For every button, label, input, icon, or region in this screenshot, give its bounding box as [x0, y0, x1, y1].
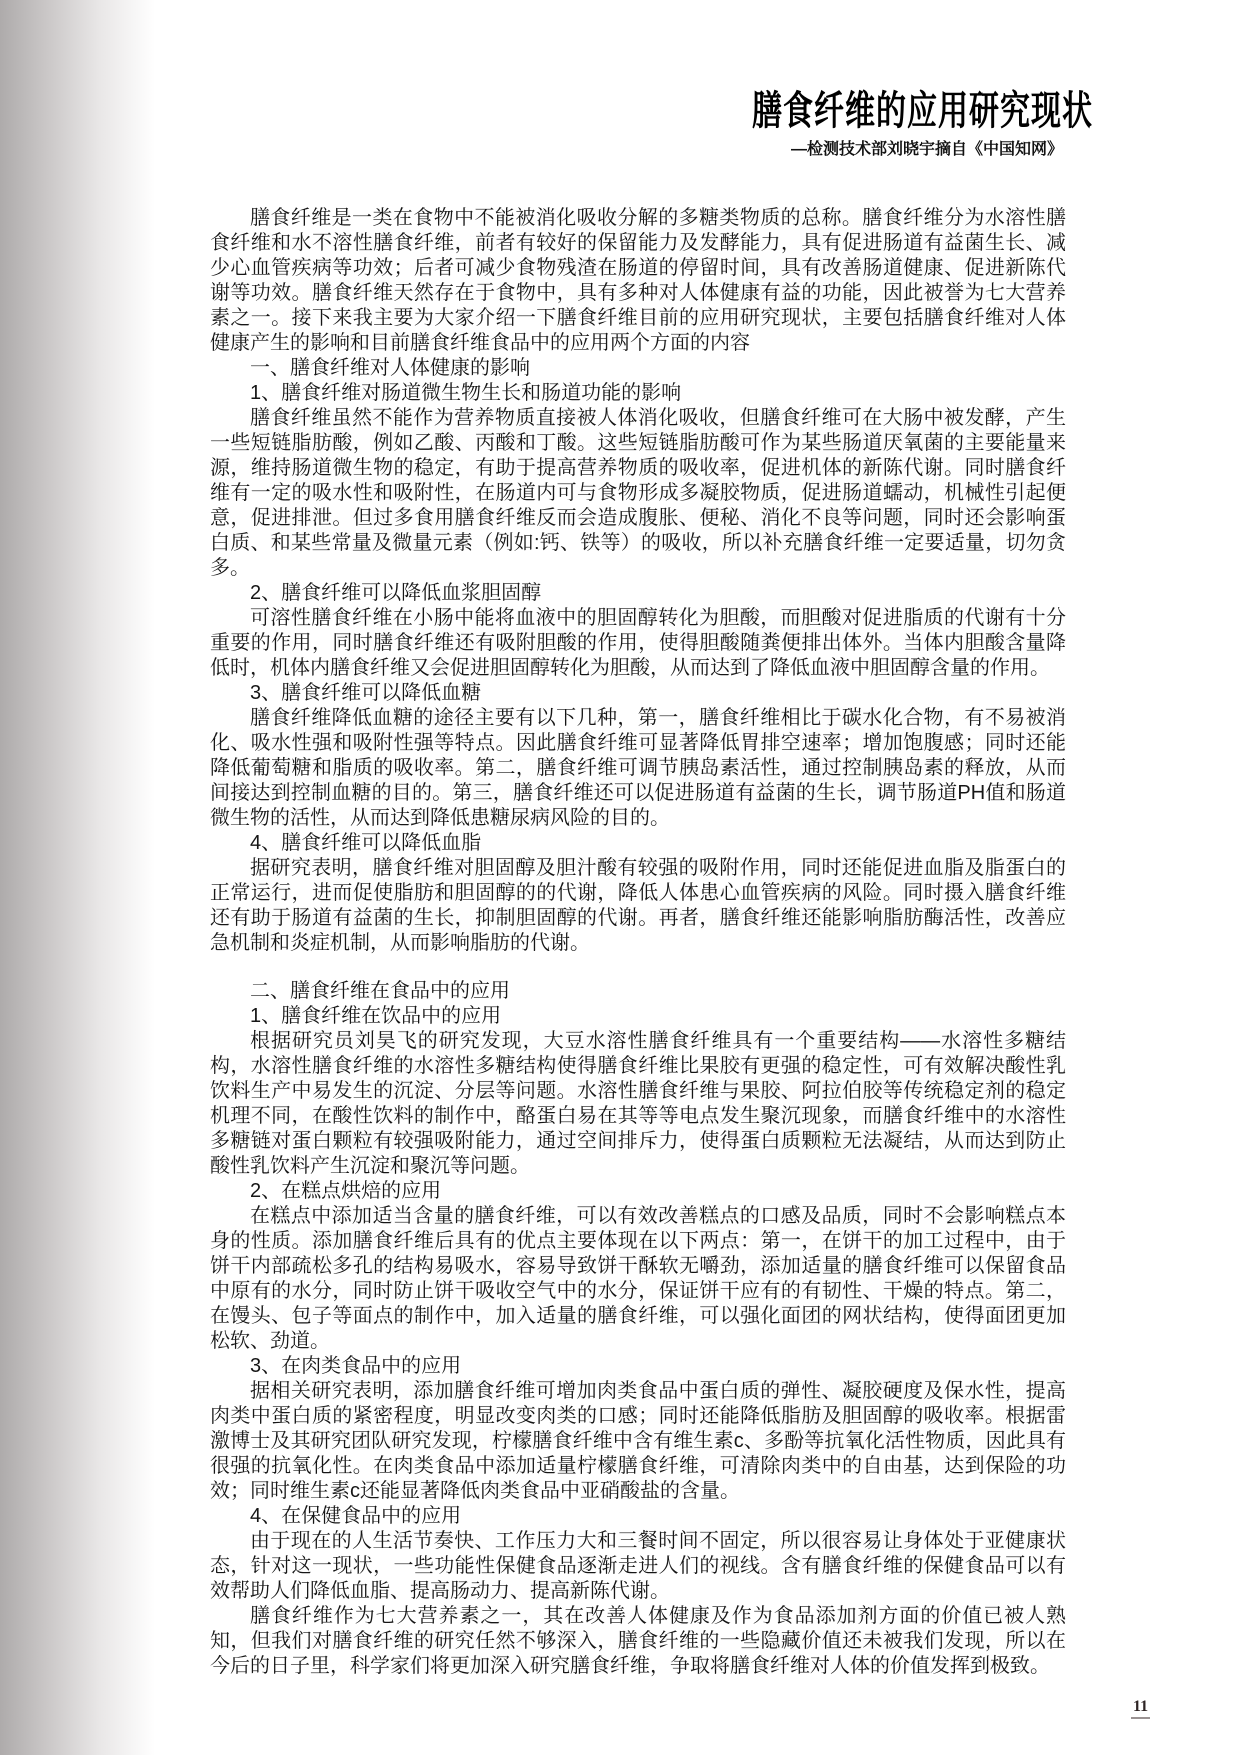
section-heading: 2、膳食纤维可以降低血浆胆固醇 [210, 581, 1066, 606]
page-number: 11 [1131, 1698, 1150, 1719]
section-heading: 1、膳食纤维对肠道微生物生长和肠道功能的影响 [210, 381, 1066, 406]
byline: —检测技术部刘晓宇摘自《中国知网》 [791, 136, 1063, 159]
section-heading: 2、在糕点烘焙的应用 [210, 1179, 1066, 1204]
paragraph: 膳食纤维作为七大营养素之一，其在改善人体健康及作为食品添加剂方面的价值已被人熟知… [210, 1604, 1066, 1679]
section-heading: 4、膳食纤维可以降低血脂 [210, 831, 1066, 856]
document-page: 膳食纤维的应用研究现状 —检测技术部刘晓宇摘自《中国知网》 膳食纤维是一类在食物… [0, 0, 1241, 1755]
paragraph: 在糕点中添加适当含量的膳食纤维，可以有效改善糕点的口感及品质，同时不会影响糕点本… [210, 1204, 1066, 1354]
article-body: 膳食纤维是一类在食物中不能被消化吸收分解的多糖类物质的总称。膳食纤维分为水溶性膳… [210, 206, 1066, 1679]
paragraph: 由于现在的人生活节奏快、工作压力大和三餐时间不固定，所以很容易让身体处于亚健康状… [210, 1529, 1066, 1604]
paragraph: 膳食纤维降低血糖的途径主要有以下几种，第一，膳食纤维相比于碳水化合物，有不易被消… [210, 706, 1066, 831]
paragraph: 据研究表明，膳食纤维对胆固醇及胆汁酸有较强的吸附作用，同时还能促进血脂及脂蛋白的… [210, 856, 1066, 956]
paragraph: 据相关研究表明，添加膳食纤维可增加肉类食品中蛋白质的弹性、凝胶硬度及保水性，提高… [210, 1379, 1066, 1504]
page-title: 膳食纤维的应用研究现状 [752, 78, 1093, 136]
section-heading: 一、膳食纤维对人体健康的影响 [210, 356, 1066, 381]
page-spine-shadow [0, 0, 155, 1755]
section-heading: 3、在肉类食品中的应用 [210, 1354, 1066, 1379]
paragraph: 膳食纤维是一类在食物中不能被消化吸收分解的多糖类物质的总称。膳食纤维分为水溶性膳… [210, 206, 1066, 356]
section-heading: 1、膳食纤维在饮品中的应用 [210, 1004, 1066, 1029]
paragraph: 可溶性膳食纤维在小肠中能将血液中的胆固醇转化为胆酸，而胆酸对促进脂质的代谢有十分… [210, 606, 1066, 681]
section-heading: 二、膳食纤维在食品中的应用 [210, 979, 1066, 1004]
paragraph: 膳食纤维虽然不能作为营养物质直接被人体消化吸收，但膳食纤维可在大肠中被发酵，产生… [210, 406, 1066, 581]
section-heading: 4、在保健食品中的应用 [210, 1504, 1066, 1529]
paragraph: 根据研究员刘昊飞的研究发现，大豆水溶性膳食纤维具有一个重要结构——水溶性多糖结构… [210, 1029, 1066, 1179]
section-heading: 3、膳食纤维可以降低血糖 [210, 681, 1066, 706]
